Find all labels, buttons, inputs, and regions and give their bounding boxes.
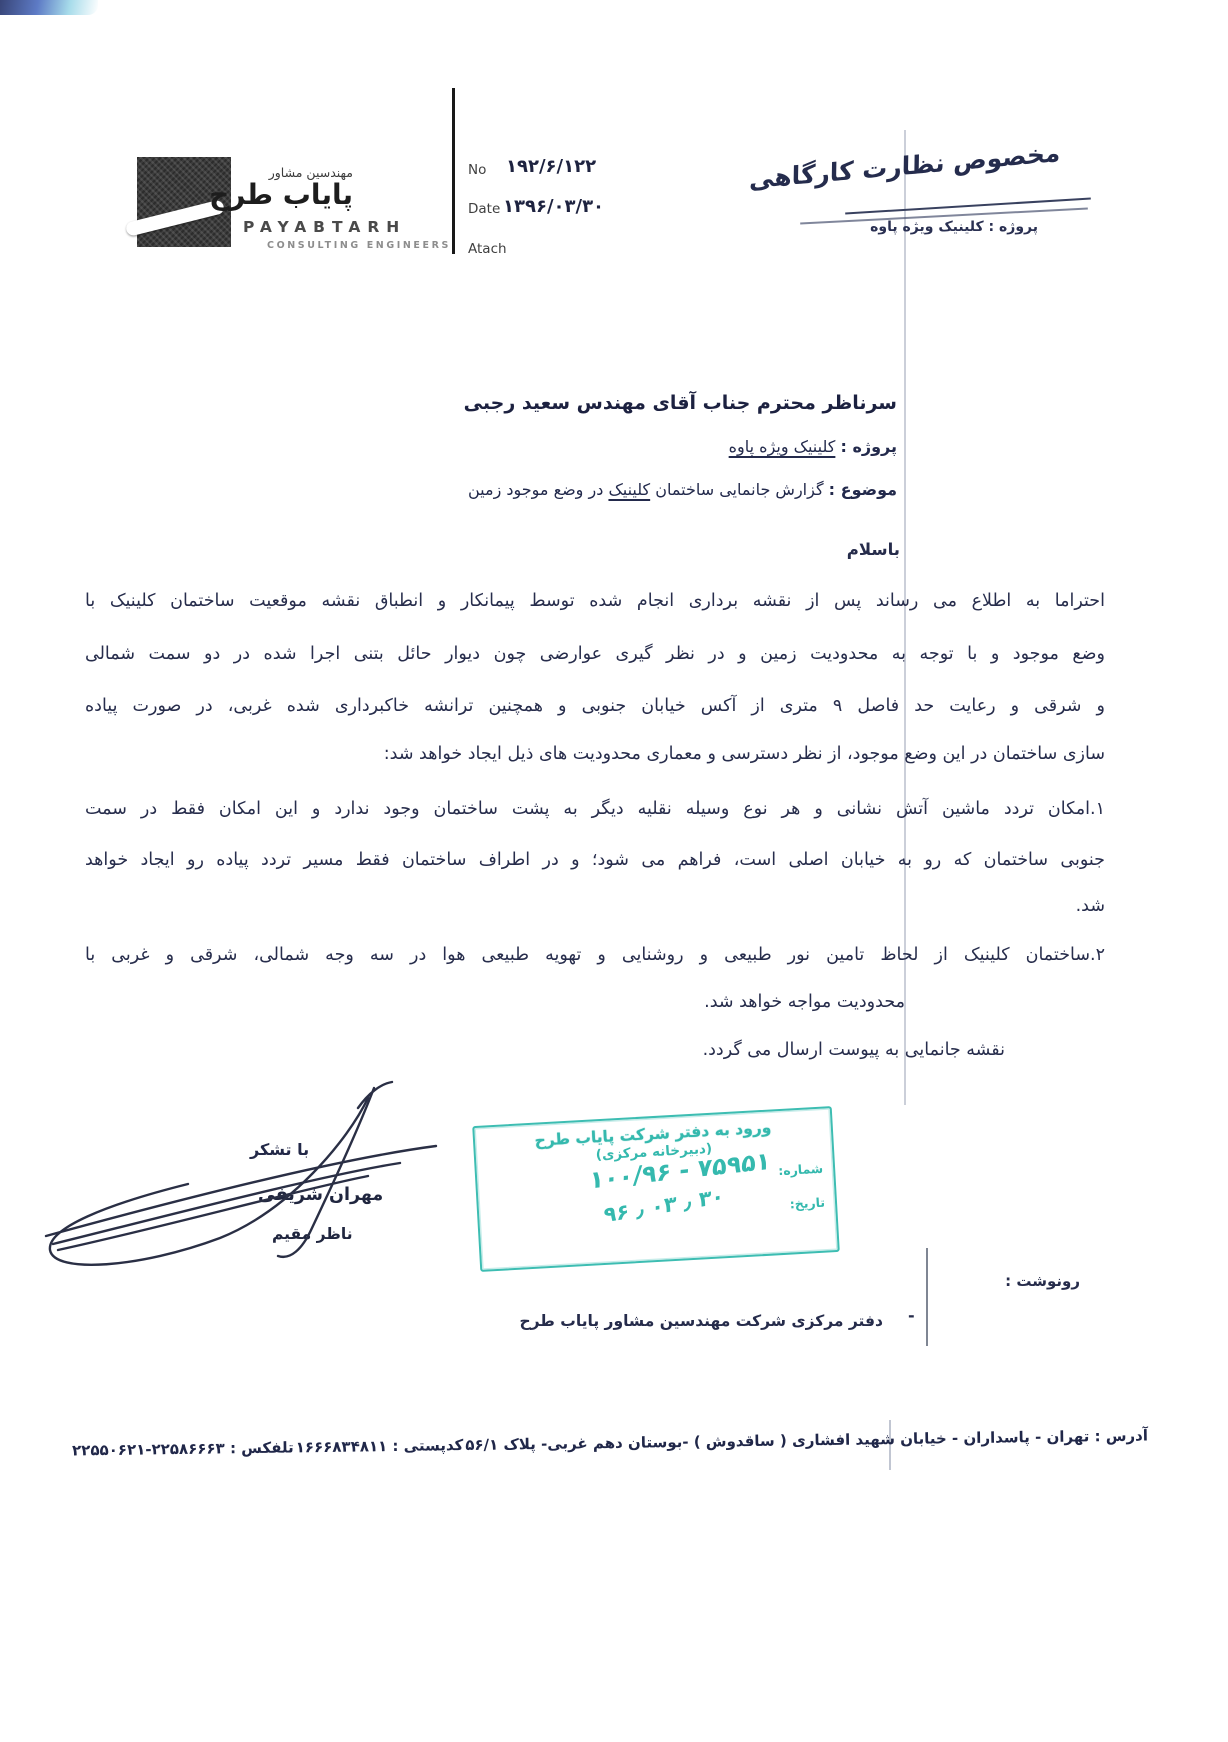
date-label: Date <box>468 201 500 217</box>
footer-fax: تلفکس : ۲۲۵۵۰۶۲۱-۲۲۵۸۶۶۶۳ <box>72 1438 294 1459</box>
footer-contact-line: آدرس : تهران - پاسداران - خیابان شهید اف… <box>72 1426 1148 1459</box>
cc-label: رونوشت : <box>1005 1272 1080 1290</box>
body-line: نقشه جانمایی به پیوست ارسال می گردد. <box>703 1040 1005 1060</box>
signer-name: مهران شریفی <box>258 1185 383 1205</box>
stamp-date-label: تاریخ: <box>789 1195 825 1212</box>
subject-label: موضوع : <box>829 480 897 499</box>
header-project-line: پروژه : کلینیک ویژه پاوه <box>870 219 1038 235</box>
project-label: پروژه : <box>840 437 897 456</box>
office-entry-stamp: ورود به دفتر شرکت پایاب طرح (دبیرخانه مر… <box>472 1106 840 1272</box>
footer-fax-value: ۲۲۵۵۰۶۲۱-۲۲۵۸۶۶۶۳ <box>72 1439 225 1459</box>
subject-underlined-word: کلینیک <box>608 480 650 499</box>
footer-postal-value: ۱۶۶۶۸۳۴۸۱۱ <box>296 1437 388 1456</box>
brand-name-fa: پایاب طرح <box>209 178 353 211</box>
subject-prefix: گزارش جانمایی ساختمان <box>650 480 823 499</box>
cc-item: دفتر مرکزی شرکت مهندسین مشاور پایاب طرح <box>519 1312 883 1330</box>
stamp-number-label: شماره: <box>778 1161 824 1178</box>
project-line: پروژه : کلینیک ویژه پاوه <box>729 437 897 456</box>
closing-phrase: با تشکر <box>250 1140 309 1159</box>
no-label: No <box>468 162 486 178</box>
body-line: محدودیت مواجه خواهد شد. <box>704 992 905 1012</box>
cc-bullet-dash: - <box>908 1306 915 1325</box>
footer-address-label: آدرس : <box>1094 1426 1148 1445</box>
scan-fold-line-lower <box>926 1248 928 1346</box>
body-line: وضع موجود و با توجه به محدودیت زمین و در… <box>85 641 1105 667</box>
body-line: سازی ساختمان در این وضع موجود، از نظر دس… <box>384 744 1105 764</box>
footer-address-value: تهران - پاسداران - خیابان شهید افشاری ( … <box>465 1427 1089 1454</box>
subject-suffix: در وضع موجود زمین <box>468 480 608 499</box>
project-value: کلینیک ویژه پاوه <box>729 437 836 456</box>
footer-address: آدرس : تهران - پاسداران - خیابان شهید اف… <box>465 1426 1148 1454</box>
recipient-line: سرناظر محترم جناب آقای مهندس سعید رجبی <box>464 392 897 414</box>
footer-postal-label: کدپستی : <box>392 1436 463 1455</box>
letterhead-divider <box>452 88 455 254</box>
body-line: ۱.امکان تردد ماشین آتش نشانی و هر نوع وس… <box>85 796 1105 822</box>
body-line: احتراما به اطلاع می رساند پس از نقشه برد… <box>85 588 1105 614</box>
brand-name-en: PAYABTARH <box>243 218 406 236</box>
body-line: و شرقی و رعایت حد فاصل ۹ متری از آکس خیا… <box>85 693 1105 719</box>
atach-label: Atach <box>468 241 507 257</box>
scan-corner-streak <box>0 0 98 15</box>
salutation: باسلام <box>847 540 900 559</box>
body-line: شد. <box>1076 896 1105 916</box>
brand-subtitle-en: CONSULTING ENGINEERS <box>267 240 451 251</box>
footer-postal: کدپستی : ۱۶۶۶۸۳۴۸۱۱ <box>296 1436 464 1456</box>
handwritten-signature <box>28 1068 458 1278</box>
footer-fax-label: تلفکس : <box>230 1438 294 1457</box>
signer-title: ناظر مقیم <box>272 1225 353 1243</box>
header-project-value: کلینیک ویژه پاوه <box>870 219 984 235</box>
subject-line: موضوع : گزارش جانمایی ساختمان کلینیک در … <box>468 480 897 499</box>
body-line: ۲.ساختمان کلینیک از لحاظ تامین نور طبیعی… <box>85 942 1105 968</box>
body-line: جنوبی ساختمان که رو به خیابان اصلی است، … <box>85 847 1105 873</box>
date-value: ۱۳۹۶/۰۳/۳۰ <box>503 196 604 217</box>
no-value: ۱۹۲/۶/۱۲۲ <box>506 156 596 177</box>
header-project-label: پروژه : <box>989 219 1038 235</box>
scanned-letter-page: مهندسین مشاور پایاب طرح PAYABTARH CONSUL… <box>0 0 1228 1742</box>
handwritten-underline-1 <box>845 197 1091 214</box>
